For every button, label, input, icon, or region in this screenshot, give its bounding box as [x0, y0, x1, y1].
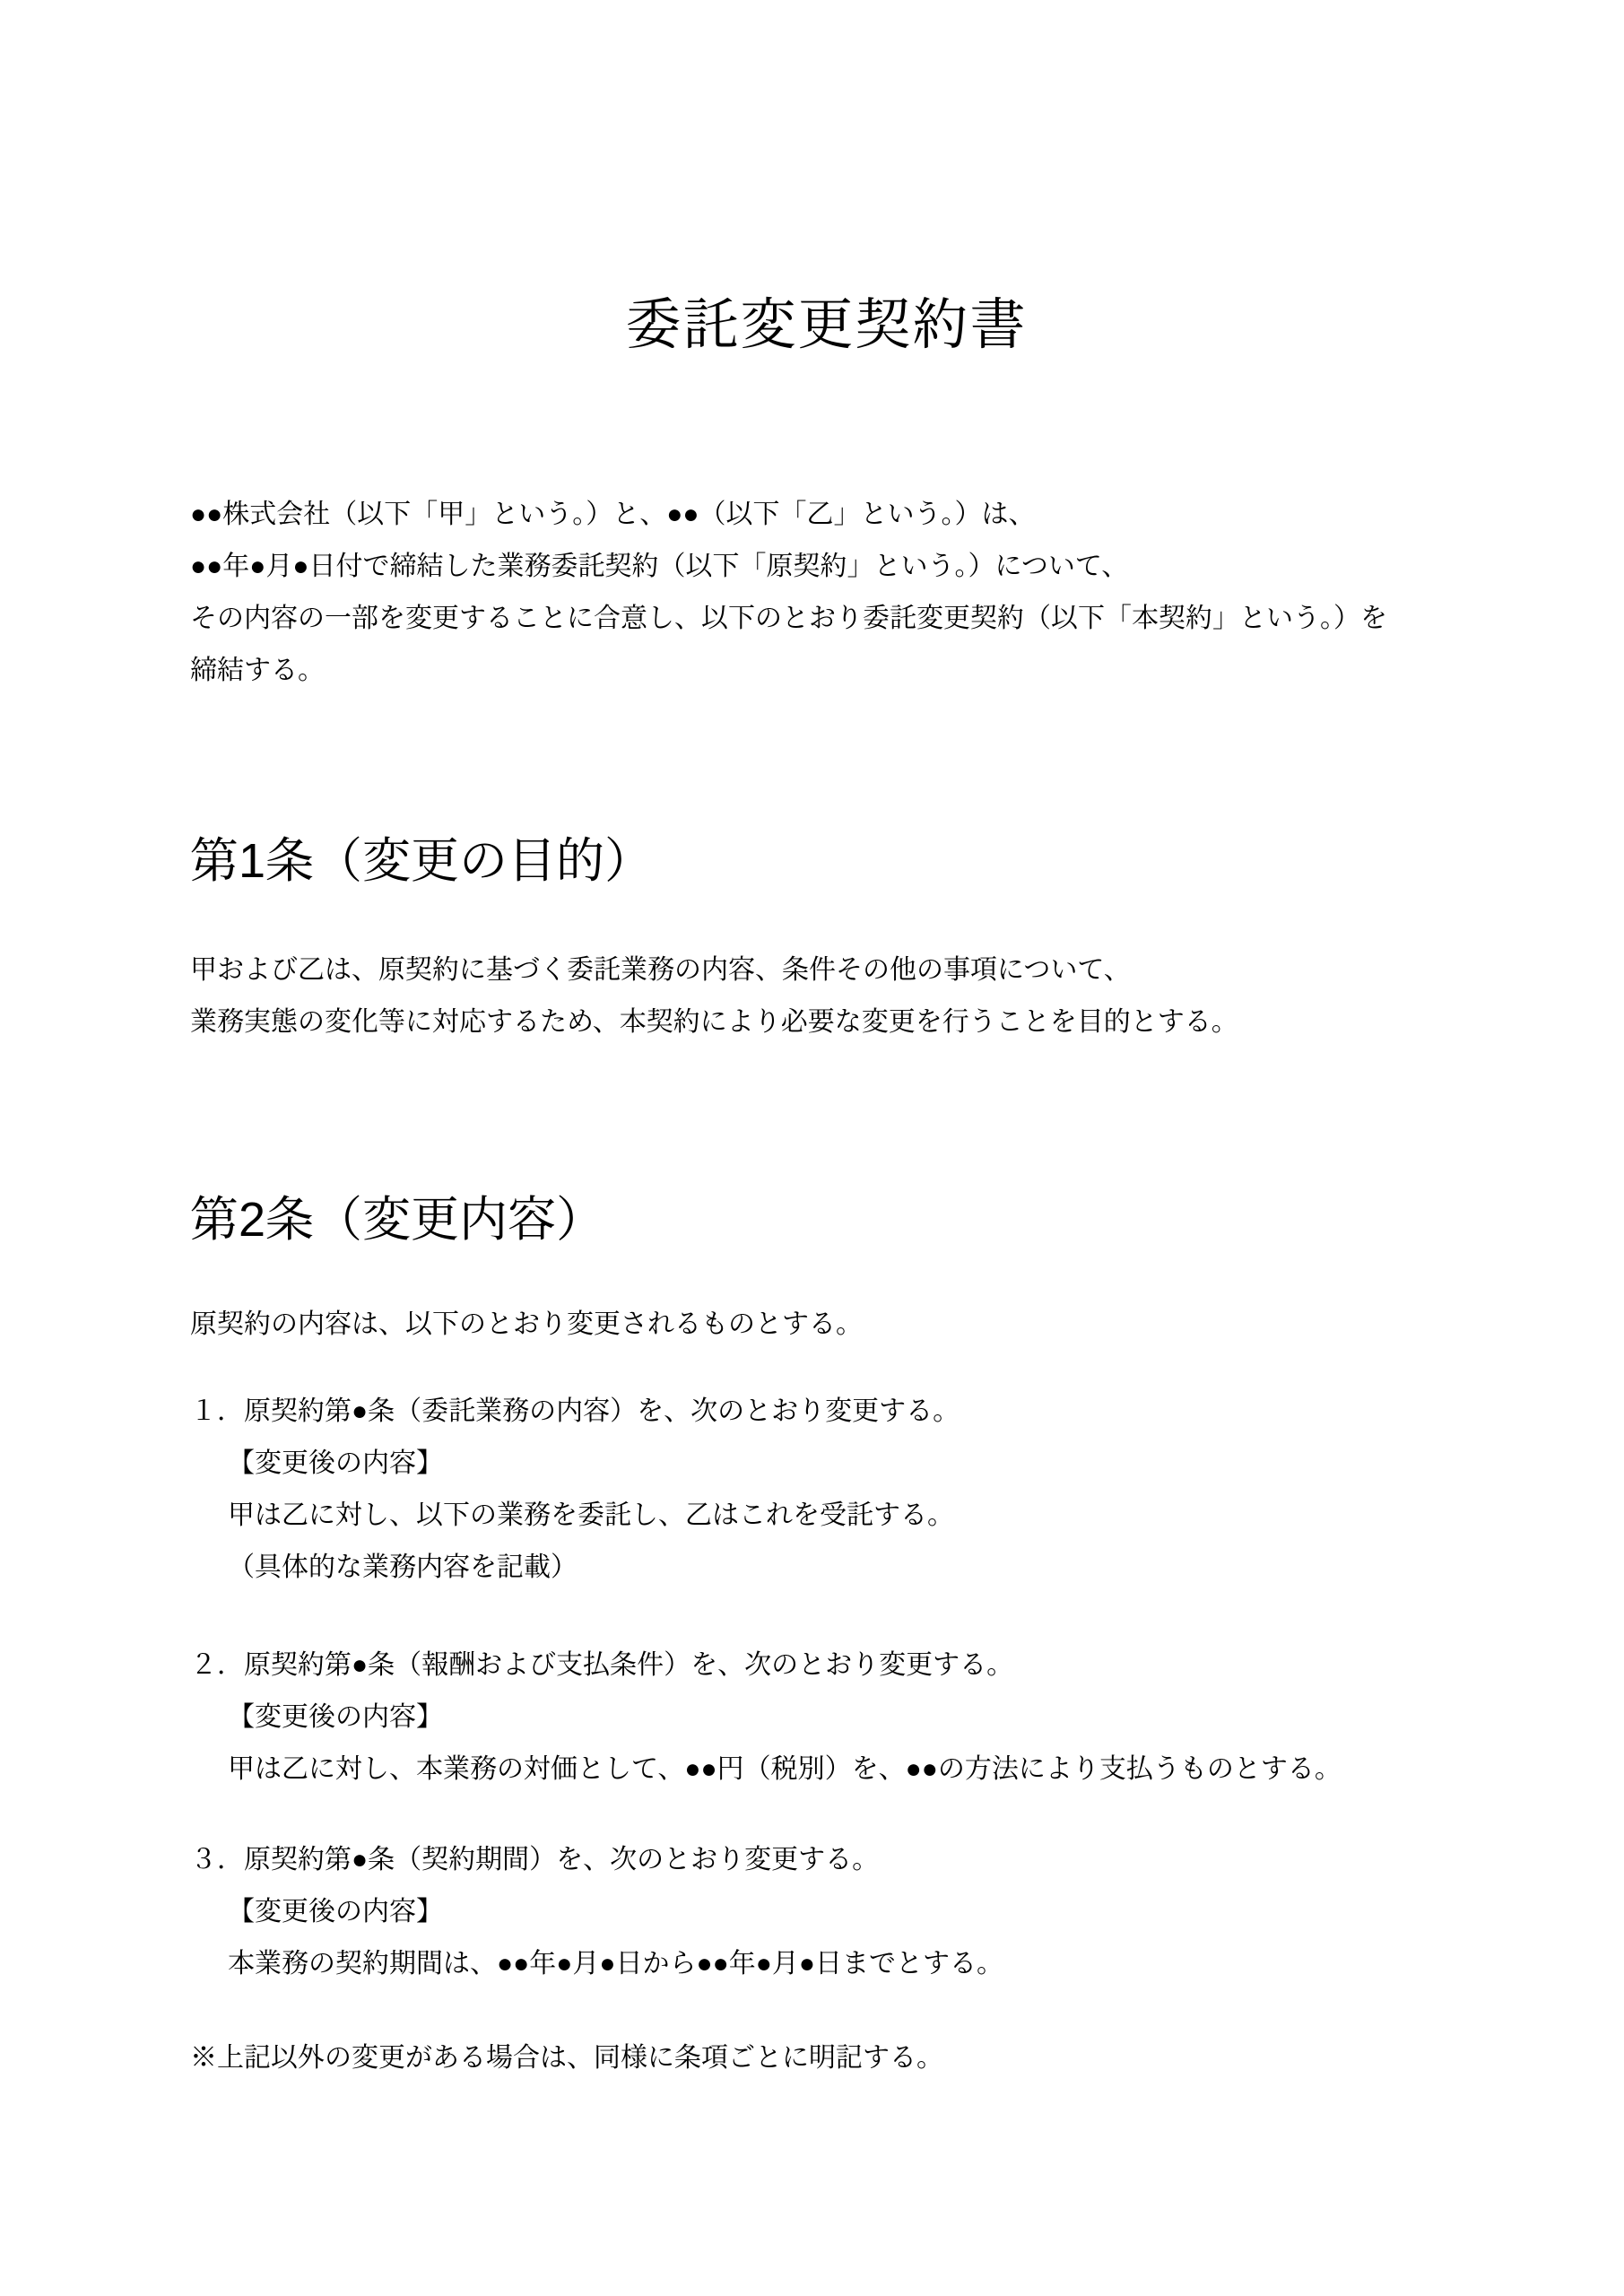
note-line: ※上記以外の変更がある場合は、同様に条項ごとに明記する。: [190, 2032, 1463, 2084]
item-label: 【変更後の内容】: [190, 1886, 1463, 1938]
item-number-line: ３．原契約第●条（契約期間）を、次のとおり変更する。: [190, 1834, 1463, 1886]
article1-paragraph: 甲および乙は、原契約に基づく委託業務の内容、条件その他の事項について、 業務実態…: [190, 944, 1463, 1048]
intro-line: ●●株式会社（以下「甲」という。）と、●●（以下「乙」という。）は、: [190, 489, 1463, 541]
document-title: 委託変更契約書: [190, 291, 1463, 360]
text-line: 甲および乙は、原契約に基づく委託業務の内容、条件その他の事項について、: [190, 944, 1463, 996]
item-number-line: ２．原契約第●条（報酬および支払条件）を、次のとおり変更する。: [190, 1639, 1463, 1692]
item-label: 【変更後の内容】: [190, 1692, 1463, 1744]
text-line: 原契約の内容は、以下のとおり変更されるものとする。: [190, 1299, 1463, 1351]
intro-paragraph: ●●株式会社（以下「甲」という。）と、●●（以下「乙」という。）は、 ●●年●月…: [190, 489, 1463, 697]
item-label: 【変更後の内容】: [190, 1438, 1463, 1490]
amendment-item: ３．原契約第●条（契約期間）を、次のとおり変更する。 【変更後の内容】 本業務の…: [190, 1834, 1463, 1990]
document-page: 委託変更契約書 ●●株式会社（以下「甲」という。）と、●●（以下「乙」という。）…: [0, 0, 1624, 2296]
item-detail-line: 甲は乙に対し、本業務の対価として、●●円（税別）を、●●の方法により支払うものと…: [190, 1744, 1463, 1796]
amendment-item: １．原契約第●条（委託業務の内容）を、次のとおり変更する。 【変更後の内容】 甲…: [190, 1386, 1463, 1594]
item-detail-line: （具体的な業務内容を記載）: [190, 1542, 1463, 1594]
article2-lead-paragraph: 原契約の内容は、以下のとおり変更されるものとする。: [190, 1299, 1463, 1351]
intro-line: ●●年●月●日付で締結した業務委託契約（以下「原契約」という。）について、: [190, 541, 1463, 593]
item-number-line: １．原契約第●条（委託業務の内容）を、次のとおり変更する。: [190, 1386, 1463, 1438]
article1-heading: 第1条（変更の目的）: [190, 831, 1463, 891]
item-detail-line: 本業務の契約期間は、●●年●月●日から●●年●月●日までとする。: [190, 1938, 1463, 1990]
intro-line: その内容の一部を変更することに合意し、以下のとおり委託変更契約（以下「本契約」と…: [190, 593, 1463, 645]
intro-line: 締結する。: [190, 645, 1463, 697]
article2-heading: 第2条（変更内容）: [190, 1190, 1463, 1249]
item-detail-line: 甲は乙に対し、以下の業務を委託し、乙はこれを受託する。: [190, 1490, 1463, 1542]
amendment-item: ２．原契約第●条（報酬および支払条件）を、次のとおり変更する。 【変更後の内容】…: [190, 1639, 1463, 1796]
text-line: 業務実態の変化等に対応するため、本契約により必要な変更を行うことを目的とする。: [190, 996, 1463, 1048]
